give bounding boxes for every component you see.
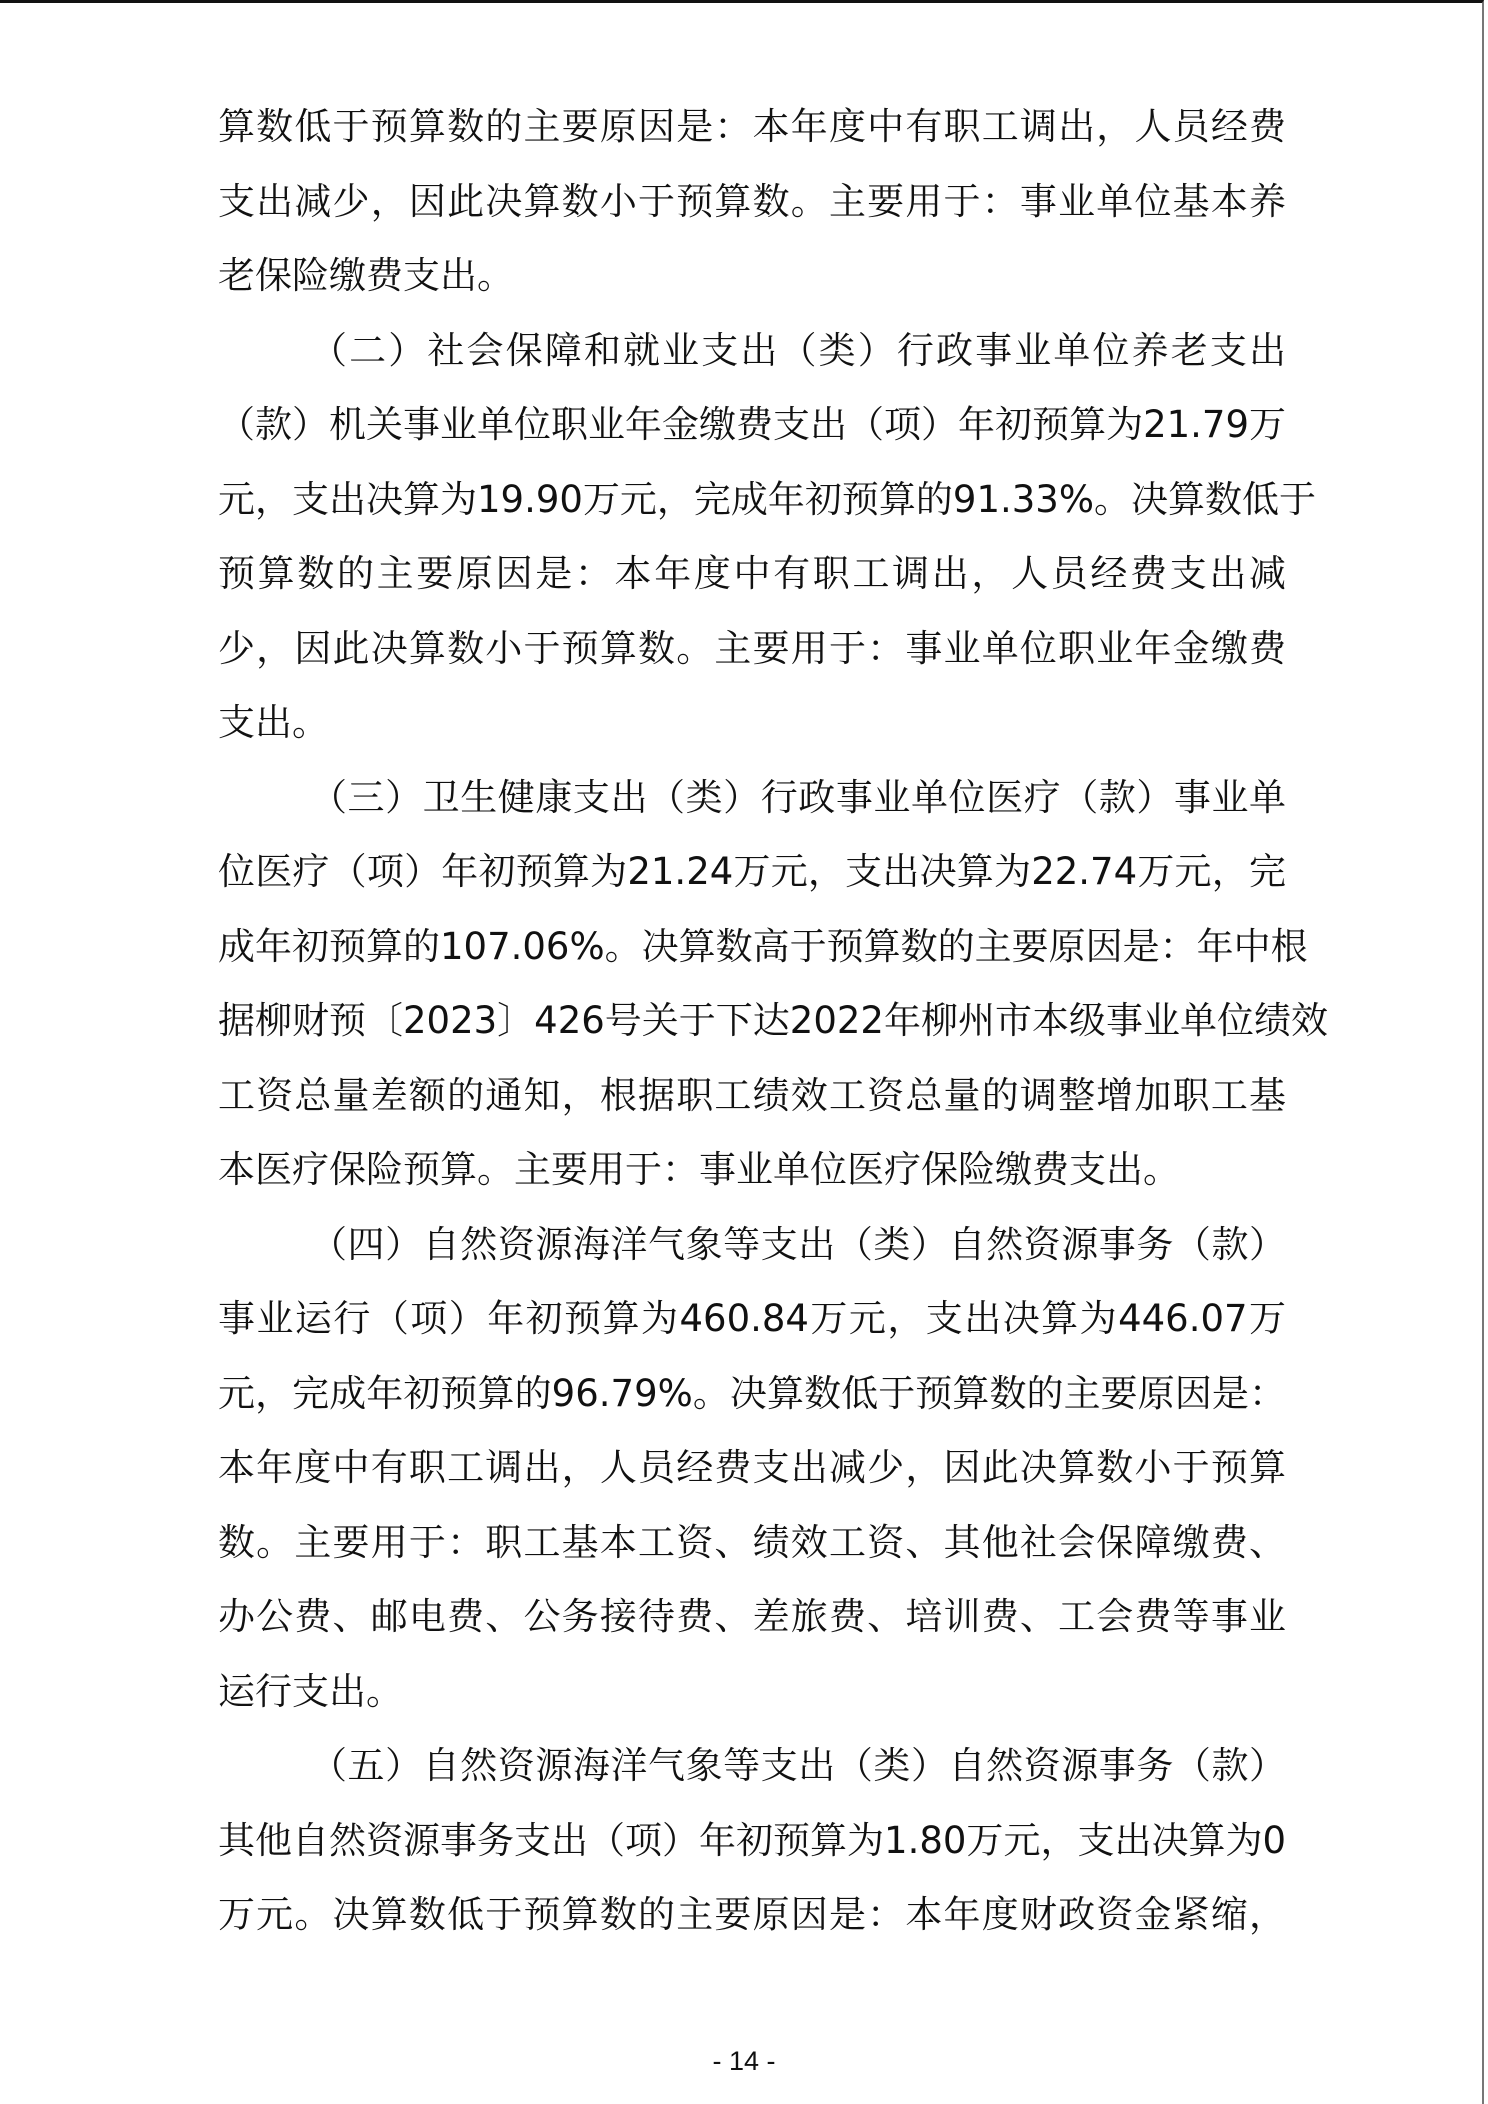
section-heading-line: （五）自然资源海洋气象等支出（类）自然资源事务（款） (218, 1739, 1286, 1814)
section-heading-line: （三）卫生健康支出（类）行政事业单位医疗（款）事业单 (218, 771, 1286, 846)
document-body: 算数低于预算数的主要原因是：本年度中有职工调出，人员经费 支出减少，因此决算数小… (218, 100, 1286, 1963)
text-line: 万元。决算数低于预算数的主要原因是：本年度财政资金紧缩， (218, 1888, 1286, 1963)
text-line: （款）机关事业单位职业年金缴费支出（项）年初预算为21.79万 (218, 398, 1286, 473)
text-line: 成年初预算的107.06%。决算数高于预算数的主要原因是：年中根 (218, 920, 1286, 995)
text-line: 工资总量差额的通知，根据职工绩效工资总量的调整增加职工基 (218, 1069, 1286, 1144)
page-number: - 14 - (0, 2046, 1488, 2077)
text-line: 支出。 (218, 696, 1286, 771)
text-line: 据柳财预〔2023〕426号关于下达2022年柳州市本级事业单位绩效 (218, 994, 1286, 1069)
text-line: 本医疗保险预算。主要用于：事业单位医疗保险缴费支出。 (218, 1143, 1286, 1218)
text-line: 事业运行（项）年初预算为460.84万元，支出决算为446.07万 (218, 1292, 1286, 1367)
text-line: 支出减少，因此决算数小于预算数。主要用于：事业单位基本养 (218, 175, 1286, 250)
text-line: 算数低于预算数的主要原因是：本年度中有职工调出，人员经费 (218, 100, 1286, 175)
text-line: 预算数的主要原因是：本年度中有职工调出，人员经费支出减 (218, 547, 1286, 622)
text-line: 本年度中有职工调出，人员经费支出减少，因此决算数小于预算 (218, 1441, 1286, 1516)
text-line: 办公费、邮电费、公务接待费、差旅费、培训费、工会费等事业 (218, 1590, 1286, 1665)
paragraph-section-4: （四）自然资源海洋气象等支出（类）自然资源事务（款） 事业运行（项）年初预算为4… (218, 1218, 1286, 1740)
text-line: 运行支出。 (218, 1665, 1286, 1740)
paragraph-section-3: （三）卫生健康支出（类）行政事业单位医疗（款）事业单 位医疗（项）年初预算为21… (218, 771, 1286, 1218)
text-line: 元，支出决算为19.90万元，完成年初预算的91.33%。决算数低于 (218, 473, 1286, 548)
paragraph-section-5: （五）自然资源海洋气象等支出（类）自然资源事务（款） 其他自然资源事务支出（项）… (218, 1739, 1286, 1963)
text-line: 位医疗（项）年初预算为21.24万元，支出决算为22.74万元，完 (218, 845, 1286, 920)
text-line: 少，因此决算数小于预算数。主要用于：事业单位职业年金缴费 (218, 622, 1286, 697)
section-heading-line: （四）自然资源海洋气象等支出（类）自然资源事务（款） (218, 1218, 1286, 1293)
paragraph-section-2: （二）社会保障和就业支出（类）行政事业单位养老支出 （款）机关事业单位职业年金缴… (218, 324, 1286, 771)
text-line: 元，完成年初预算的96.79%。决算数低于预算数的主要原因是： (218, 1367, 1286, 1442)
text-line: 老保险缴费支出。 (218, 249, 1286, 324)
section-heading-line: （二）社会保障和就业支出（类）行政事业单位养老支出 (218, 324, 1286, 399)
text-line: 其他自然资源事务支出（项）年初预算为1.80万元，支出决算为0 (218, 1814, 1286, 1889)
paragraph-continuation: 算数低于预算数的主要原因是：本年度中有职工调出，人员经费 支出减少，因此决算数小… (218, 100, 1286, 324)
text-line: 数。主要用于：职工基本工资、绩效工资、其他社会保障缴费、 (218, 1516, 1286, 1591)
